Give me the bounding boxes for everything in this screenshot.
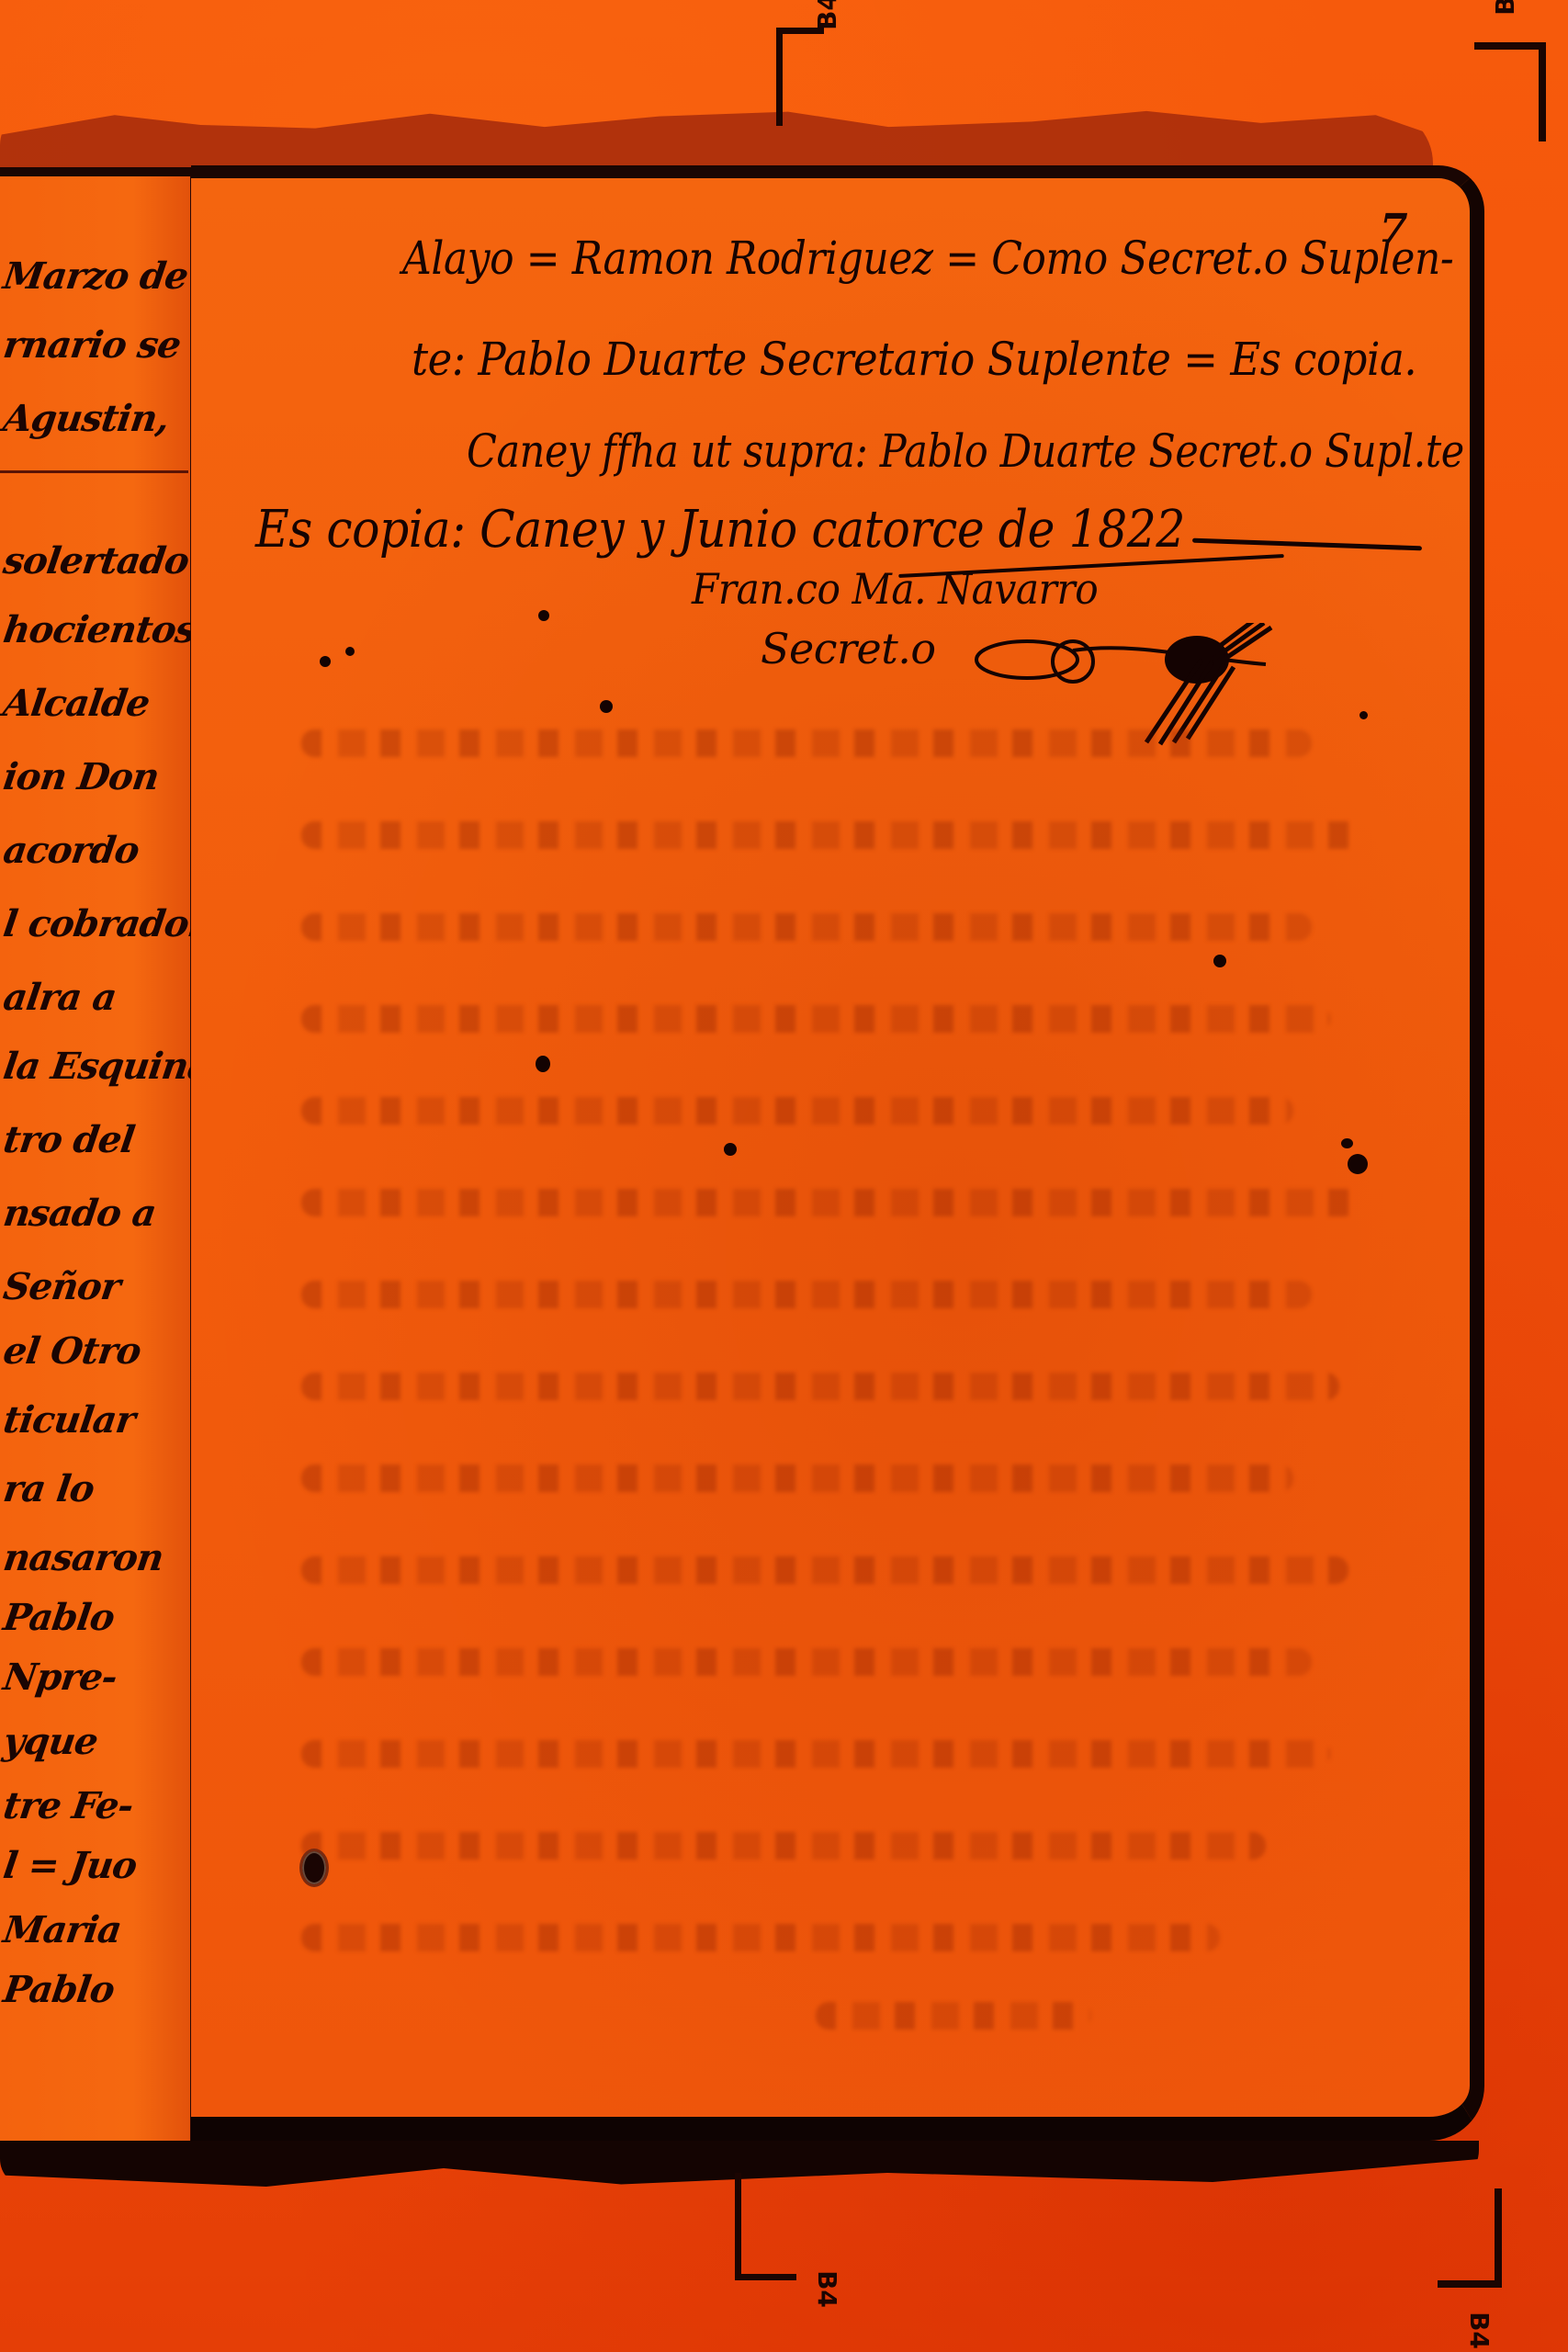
crop-label-top-left: B4 (812, 0, 842, 30)
ink-speck (600, 700, 613, 713)
left-page-line: rnario se (1, 323, 184, 367)
ink-speck (1341, 1138, 1353, 1148)
crop-mark-bottom-right (1438, 2188, 1502, 2288)
signatory-title: Secret.o (761, 624, 936, 673)
left-page-line: Marzo de (1, 254, 191, 298)
left-page-line: el Otro (1, 1329, 143, 1373)
manuscript-page: 7 Alayo = Ramon Rodriguez = Como Secret.… (191, 165, 1484, 2141)
bleed-through-text (301, 1373, 1339, 1400)
left-page-line: ticular (1, 1398, 138, 1442)
crop-mark-bottom-left (735, 2173, 796, 2280)
left-page-line: ion Don (1, 755, 162, 798)
left-page-line: Pablo (1, 1968, 117, 2011)
crop-mark-top-left (776, 28, 824, 126)
left-page-line: ra lo (1, 1467, 96, 1510)
bleed-through-text (301, 1464, 1293, 1492)
left-page-line: Señor (1, 1265, 123, 1308)
manuscript-line-3: Caney ffha ut supra: Pablo Duarte Secret… (467, 424, 1464, 478)
bleed-through-text (301, 729, 1312, 757)
left-page-line: Alcalde (1, 682, 152, 725)
left-page-rule-line (0, 470, 188, 473)
left-page-line: solertado (1, 539, 192, 582)
left-page-line: yque (1, 1720, 100, 1763)
left-page-line: Pablo (1, 1596, 117, 1639)
left-page-line: la Esquina (1, 1045, 214, 1088)
left-page-line: nsado a (1, 1192, 159, 1235)
left-page-line: l = Juo (1, 1844, 140, 1887)
manuscript-line-1: Alayo = Ramon Rodriguez = Como Secret.o … (402, 232, 1453, 285)
closing-flourish (1192, 538, 1422, 551)
ink-speck (724, 1143, 737, 1156)
crop-mark-top-right (1474, 42, 1546, 141)
bleed-through-text (301, 1005, 1330, 1033)
left-page-line: Agustin, (1, 397, 172, 440)
ink-speck (345, 647, 355, 656)
bleed-through-text (301, 1189, 1358, 1216)
crop-label-bottom-right: B4 (1464, 2312, 1495, 2349)
left-page-line: l cobrador (1, 902, 209, 945)
left-page-line: acordo (1, 829, 141, 872)
ink-speck (1348, 1154, 1368, 1174)
bleed-through-text (301, 1740, 1330, 1768)
bleed-through-text (301, 1832, 1266, 1860)
signatory-name: Fran.co Ma. Navarro (692, 564, 1098, 614)
ink-speck (1359, 711, 1368, 719)
paper-hole (299, 1849, 329, 1887)
manuscript-line-2: te: Pablo Duarte Secretario Suplente = E… (412, 333, 1416, 386)
ink-speck (320, 656, 331, 667)
bleed-through-text (301, 1097, 1293, 1125)
ink-speck (538, 610, 549, 621)
left-page-line: tro del (1, 1118, 137, 1161)
bleed-through-text (301, 1556, 1348, 1584)
bleed-through-text (301, 821, 1358, 849)
bleed-through-text (301, 1281, 1312, 1308)
left-page-line: tre Fe- (1, 1784, 136, 1827)
bleed-through-text (301, 1648, 1312, 1676)
ink-speck (536, 1056, 550, 1072)
left-facing-page: Marzo de rnario se Agustin, solertado ho… (0, 167, 195, 2141)
left-page-line: Npre- (1, 1656, 119, 1699)
bleed-through-text (301, 1924, 1220, 1951)
crop-label-bottom-left: B4 (812, 2270, 842, 2308)
left-page-line: nasaron (1, 1536, 166, 1579)
left-page-line: alra a (1, 976, 119, 1019)
left-page-line: hocientos (1, 608, 198, 651)
bleed-through-text (816, 2002, 1091, 2030)
bleed-through-text (301, 913, 1312, 941)
left-page-line: Maria (1, 1908, 124, 1951)
manuscript-line-4: Es copia: Caney y Junio catorce de 1822 (255, 500, 1185, 560)
crop-label-top-right: B4 (1490, 0, 1520, 16)
ink-speck (1213, 955, 1226, 967)
